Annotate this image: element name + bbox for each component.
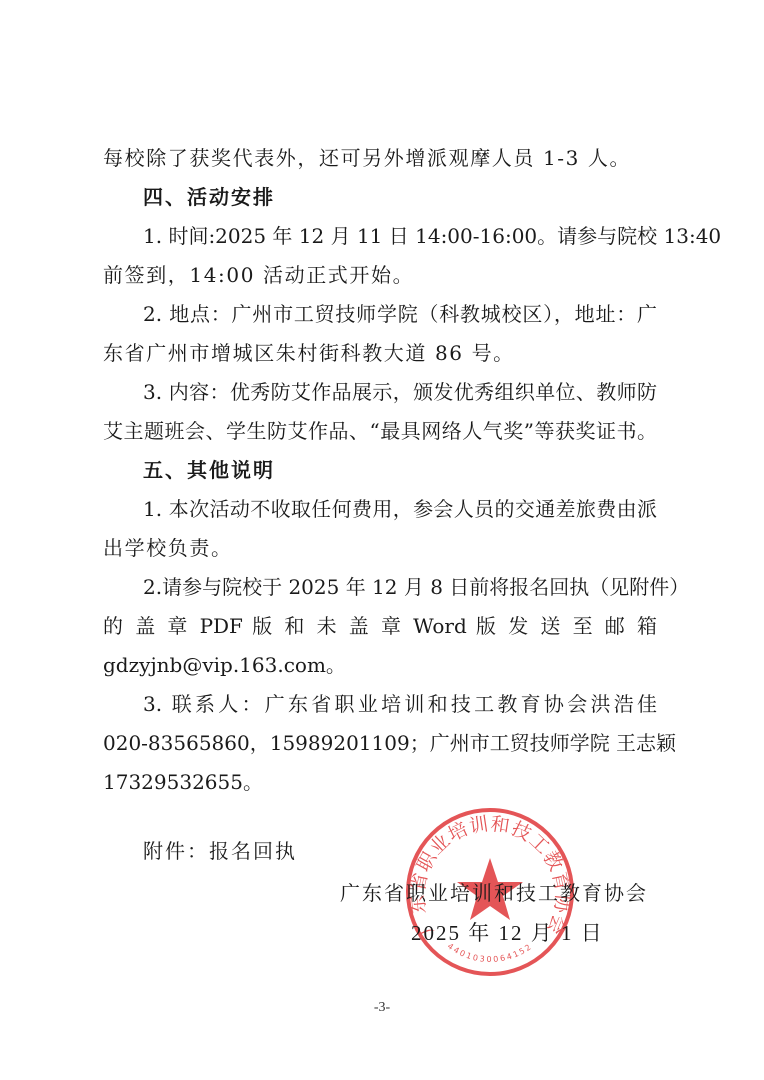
paragraph-line: 东省广州市增城区朱村街科教大道 86 号。 [103,340,657,366]
paragraph-line: 1. 时间:2025 年 12 月 11 日 14:00-16:00。请参与院校… [143,223,657,249]
paragraph-line: 2. 地点：广州市工贸技师学院（科教城校区），地址：广 [143,301,657,327]
paragraph-line: 17329532655。 [103,769,657,795]
paragraph-line: 3. 内容：优秀防艾作品展示，颁发优秀组织单位、教师防 [143,379,657,405]
paragraph-line: 2.请参与院校于 2025 年 12 月 8 日前将报名回执（见附件） [143,574,657,600]
paragraph-line: 前签到，14:00 活动正式开始。 [103,262,657,288]
paragraph-line: 每校除了获奖代表外，还可另外增派观摩人员 1-3 人。 [103,145,657,171]
section-heading-activity-arrangement: 四、活动安排 [143,184,657,210]
email-address: gdzyjnb@vip.163.com。 [103,652,657,678]
paragraph-line: 1. 本次活动不收取任何费用，参会人员的交通差旅费由派 [143,496,657,522]
paragraph-line: 艾主题班会、学生防艾作品、“最具网络人气奖”等获奖证书。 [103,418,657,444]
signing-date: 2025 年 12 月 1 日 [411,920,604,946]
document-page: 每校除了获奖代表外，还可另外增派观摩人员 1-3 人。 四、活动安排 1. 时间… [0,0,764,1080]
paragraph-line: 020-83565860，15989201109；广州市工贸技师学院 王志颖 [103,730,657,756]
signing-organization: 广东省职业培训和技工教育协会 [340,880,648,906]
paragraph-line: 3. 联系人：广东省职业培训和技工教育协会洪浩佳 [143,691,657,717]
page-number: -3- [0,1000,764,1016]
section-heading-other-notes: 五、其他说明 [143,457,657,483]
attachment-note: 附件：报名回执 [143,838,297,864]
paragraph-line: 出学校负责。 [103,535,657,561]
paragraph-line: 的 盖 章 PDF 版 和 未 盖 章 Word 版 发 送 至 邮 箱 [103,613,657,639]
